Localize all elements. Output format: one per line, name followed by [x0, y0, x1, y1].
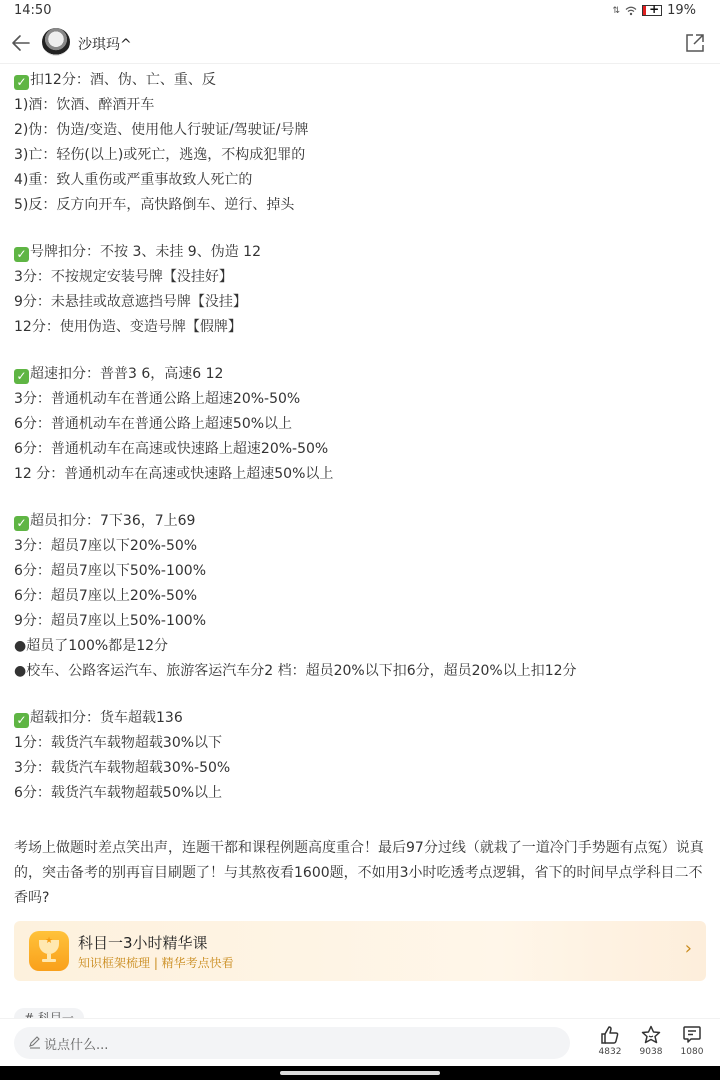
post-line: 3分：普通机动车在普通公路上超速20%-50% — [14, 387, 706, 412]
spacer — [14, 487, 706, 509]
check-mark-icon: ✓ — [14, 247, 29, 262]
post-line: 1)酒：饮酒、醉酒开车 — [14, 93, 706, 118]
post-line: 6分：超员7座以上20%-50% — [14, 584, 706, 609]
battery-percent: 19% — [667, 3, 696, 18]
check-mark-icon: ✓ — [14, 369, 29, 384]
comment-input[interactable]: 说点什么... — [14, 1027, 570, 1059]
arrow-left-icon — [8, 30, 34, 56]
post-line: 5)反：反方向开车，高快路倒车、逆行、掉头 — [14, 193, 706, 218]
like-count: 4832 — [590, 1046, 630, 1058]
check-mark-icon: ✓ — [14, 75, 29, 90]
back-button[interactable] — [8, 30, 34, 56]
section-speeding: ✓超速扣分：普普3 6，高速6 12 3分：普通机动车在普通公路上超速20%-5… — [14, 362, 706, 487]
course-subtitle: 知识框架梳理 | 精华考点快看 — [78, 954, 234, 971]
thumbs-up-icon — [600, 1025, 620, 1045]
trophy-icon: ★ — [29, 931, 69, 971]
post-line: 6分：超员7座以下50%-100% — [14, 559, 706, 584]
spacer — [14, 806, 706, 828]
post-line: 4)重：致人重伤或严重事故致人死亡的 — [14, 168, 706, 193]
comment-button[interactable]: 1080 — [672, 1025, 712, 1058]
status-indicators: ⇅ 19% — [613, 3, 696, 18]
author-name[interactable]: 沙琪玛^ — [78, 34, 132, 54]
status-time: 14:50 — [14, 3, 51, 18]
post-line: 3分：不按规定安装号牌【没挂好】 — [14, 265, 706, 290]
comment-icon — [682, 1025, 702, 1045]
check-mark-icon: ✓ — [14, 516, 29, 531]
battery-charging-icon — [642, 5, 662, 16]
section-heading: ✓号牌扣分：不按 3、未挂 9、伪造 12 — [14, 240, 706, 265]
favorite-button[interactable]: 9038 — [631, 1025, 671, 1058]
section-license-plate: ✓号牌扣分：不按 3、未挂 9、伪造 12 3分：不按规定安装号牌【没挂好】 9… — [14, 240, 706, 340]
post-line: ●校车、公路客运汽车、旅游客运汽车分2 档：超员20%以下扣6分，超员20%以上… — [14, 659, 706, 684]
share-icon — [684, 32, 706, 54]
post-line: 12 分：普通机动车在高速或快速路上超速50%以上 — [14, 462, 706, 487]
top-nav-bar: 沙琪玛^ — [0, 24, 720, 64]
comment-placeholder: 说点什么... — [44, 1034, 108, 1053]
post-line: 6分：普通机动车在普通公路上超速50%以上 — [14, 412, 706, 437]
share-button[interactable] — [684, 32, 706, 54]
post-line: 9分：超员7座以上50%-100% — [14, 609, 706, 634]
status-bar: 14:50 ⇅ 19% — [0, 0, 720, 24]
course-title: 科目一3小时精华课 — [78, 932, 208, 953]
section-heading: ✓扣12分：酒、伪、亡、重、反 — [14, 68, 706, 93]
section-12-points: ✓扣12分：酒、伪、亡、重、反 1)酒：饮酒、醉酒开车 2)伪：伪造/变造、使用… — [14, 68, 706, 218]
post-line: 6分：普通机动车在高速或快速路上超速20%-50% — [14, 437, 706, 462]
chevron-right-icon: › — [685, 938, 692, 959]
spacer — [14, 218, 706, 240]
post-line: 6分：载货汽车载物超载50%以上 — [14, 781, 706, 806]
section-heading: ✓超员扣分：7下36，7上69 — [14, 509, 706, 534]
post-line: 2)伪：伪造/变造、使用他人行驶证/驾驶证/号牌 — [14, 118, 706, 143]
post-line: 9分：未悬挂或故意遮挡号牌【没挂】 — [14, 290, 706, 315]
post-line: ●超员了100%都是12分 — [14, 634, 706, 659]
check-mark-icon: ✓ — [14, 713, 29, 728]
post-body: ✓扣12分：酒、伪、亡、重、反 1)酒：饮酒、醉酒开车 2)伪：伪造/变造、使用… — [14, 68, 706, 911]
section-overcrowding: ✓超员扣分：7下36，7上69 3分：超员7座以下20%-50% 6分：超员7座… — [14, 509, 706, 684]
star-icon — [641, 1025, 661, 1045]
favorite-count: 9038 — [631, 1046, 671, 1058]
post-line: 3分：载货汽车载物超载30%-50% — [14, 756, 706, 781]
section-heading: ✓超载扣分：货车超载136 — [14, 706, 706, 731]
bottom-action-bar: 说点什么... 4832 9038 1080 — [0, 1018, 720, 1066]
section-heading: ✓超速扣分：普普3 6，高速6 12 — [14, 362, 706, 387]
section-overloading: ✓超载扣分：货车超载136 1分：载货汽车载物超载30%以下 3分：载货汽车载物… — [14, 706, 706, 806]
post-line: 12分：使用伪造、变造号牌【假牌】 — [14, 315, 706, 340]
spacer — [14, 684, 706, 706]
pencil-icon — [28, 1035, 42, 1049]
signal-arrows-icon: ⇅ — [613, 6, 621, 16]
post-line: 3分：超员7座以下20%-50% — [14, 534, 706, 559]
wifi-icon — [625, 6, 637, 16]
like-button[interactable]: 4832 — [590, 1025, 630, 1058]
system-nav-bar — [0, 1066, 720, 1080]
post-line: 3)亡：轻伤(以上)或死亡，逃逸，不构成犯罪的 — [14, 143, 706, 168]
comment-count: 1080 — [672, 1046, 712, 1058]
author-avatar[interactable] — [42, 28, 70, 56]
closing-paragraph: 考场上做题时差点笑出声，连题干都和课程例题高度重合！最后97分过线（就栽了一道冷… — [14, 836, 706, 911]
course-promo-card[interactable]: ★ 科目一3小时精华课 知识框架梳理 | 精华考点快看 › — [14, 921, 706, 981]
post-line: 1分：载货汽车载物超载30%以下 — [14, 731, 706, 756]
spacer — [14, 340, 706, 362]
home-indicator[interactable] — [280, 1071, 440, 1075]
